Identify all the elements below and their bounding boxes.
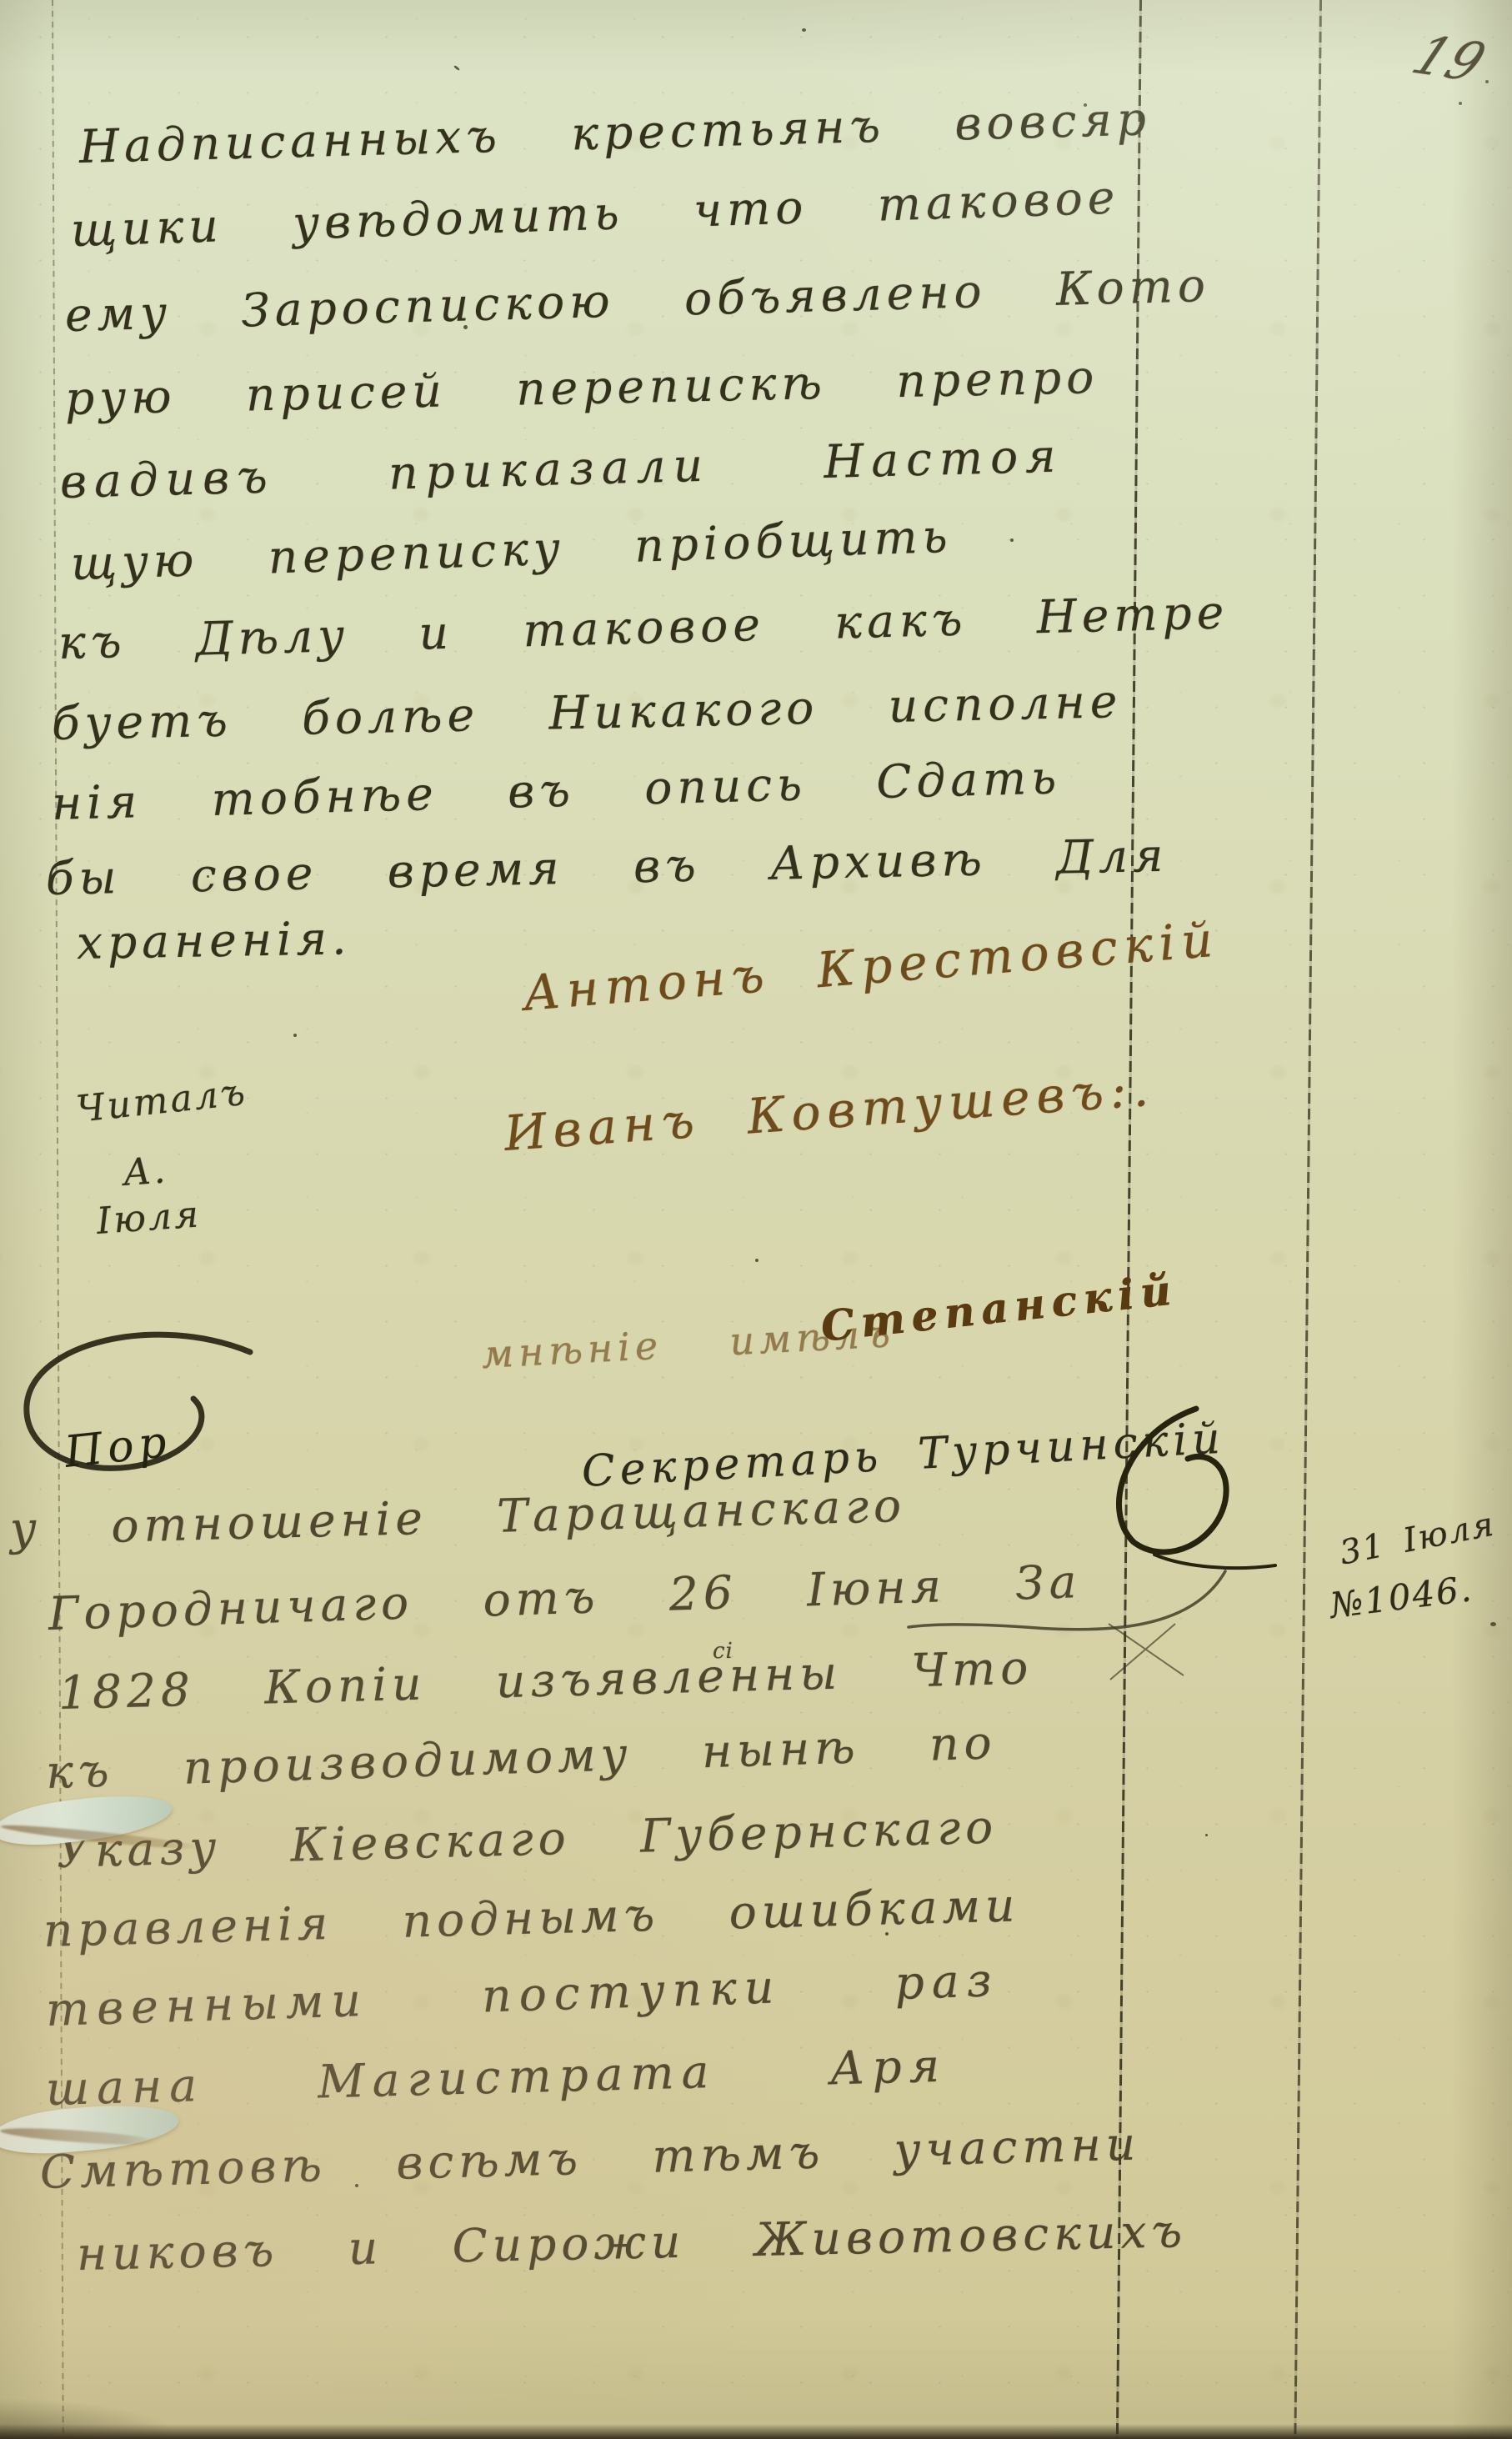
ink-speck [355,2184,358,2187]
manuscript-line: правленія поднымъ ошибками [43,1877,1020,1958]
margin-label-por: Пор [63,1416,174,1479]
signature-ivan-kovtushev: Иванъ Ковтушевъ:. [503,1060,1157,1164]
ink-speck [1490,1622,1496,1626]
signature-anton-krestovsky: Антонъ Крестовскій [521,910,1221,1023]
read-note-line: Іюля [95,1193,203,1244]
manuscript-line: Указу Кіевскаго Губернскаго [56,1799,999,1879]
manuscript-line: щую переписку пріобщить [70,508,954,591]
manuscript-line: никовъ и Сирожи Животовскихъ [76,2203,1187,2281]
manuscript-line: Надписанныхъ крестьянъ вовсяр [78,91,1152,174]
ink-speck [453,65,460,71]
read-note-line: Читалъ [74,1071,249,1133]
margin-number-note: №1046. [1328,1568,1475,1627]
read-note-line: А. [122,1149,169,1195]
manuscript-line: къ Дѣлу и таковое какъ Нетре [58,584,1229,670]
manuscript-line: Смѣтовѣ всѣмъ тѣмъ участни [39,2116,1141,2200]
ink-speck [1010,538,1014,542]
ink-speck [207,875,209,878]
page-number: 19 [1403,24,1496,94]
ink-speck [463,325,468,329]
manuscript-line: нія тобнѣе въ опись Сдать [51,749,1062,831]
manuscript-line: твенными поступки раз [45,1952,1000,2037]
manuscript-line: рую присей перепискѣ препро [64,349,1099,426]
manuscript-line: къ производимому нынѣ по [45,1715,998,1800]
ink-speck [802,28,806,32]
ink-speck [293,1034,297,1037]
ink-speck [1205,1834,1208,1836]
manuscript-line: храненія. [76,910,352,970]
ink-speck [1084,103,1087,107]
ink-speck [1459,102,1462,105]
opinion-note-surname: Степанскій [819,1265,1179,1352]
ink-speck [1485,80,1489,83]
margin-date-note: 31 Іюля [1336,1504,1498,1573]
manuscript-line: шана Магистрата Аря [45,2038,948,2116]
right-margin-rule-inner [1116,0,1142,2439]
manuscript-line: бы свое время въ Архивѣ Для [45,828,1169,906]
manuscript-line: ему Зароспискою объявлено Кото [64,258,1211,343]
manuscript-line: щики увѣдомить что таковое [70,169,1120,258]
manuscript-line: вадивъ приказали Настоя [59,428,1064,508]
ink-speck [885,1932,889,1936]
photo-edge-shadow [0,2424,1512,2439]
ink-speck [755,1259,759,1262]
superscript-note: сі [713,1639,733,1665]
signature-swash [859,1400,1342,1684]
manuscript-line: буетъ болѣе Никакого исполне [51,674,1123,751]
right-margin-rule-outer [1294,0,1322,2439]
manuscript-page: 19 Надписанныхъ крестьянъ вовсяр щики ув… [0,0,1512,2439]
manuscript-line: 1828 Копіи изъявленны Что [58,1640,1034,1720]
